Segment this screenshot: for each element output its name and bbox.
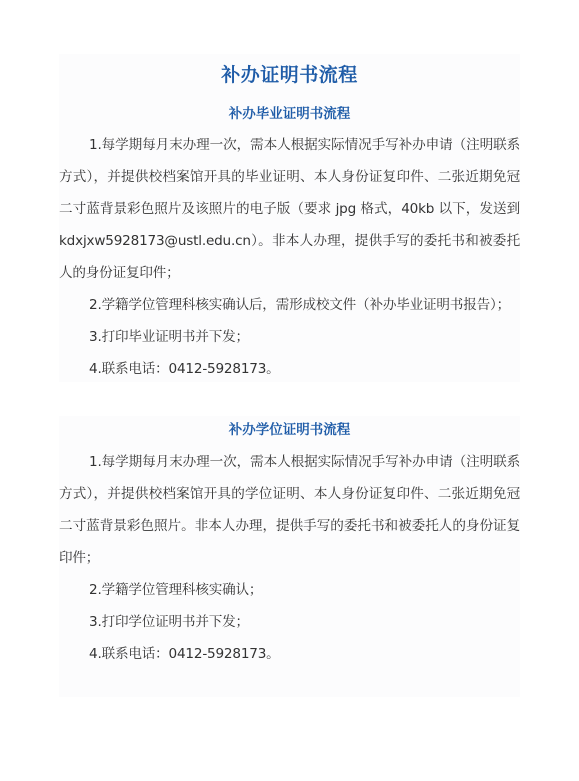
step-3: 3.打印学位证明书并下发； (59, 606, 520, 638)
step-1: 1.每学期每月末办理一次，需本人根据实际情况手写补办申请（注明联系方式），并提供… (59, 129, 520, 289)
step-3: 3.打印毕业证明书并下发； (59, 321, 520, 353)
section-title-degree-certificate: 补办学位证明书流程 (59, 420, 520, 440)
section-body-graduation-certificate: 1.每学期每月末办理一次，需本人根据实际情况手写补办申请（注明联系方式），并提供… (59, 129, 520, 385)
step-2: 2.学籍学位管理科核实确认后，需形成校文件（补办毕业证明书报告）； (59, 289, 520, 321)
step-4-contact-phone: 4.联系电话：0412-5928173。 (59, 353, 520, 385)
step-4-contact-phone: 4.联系电话：0412-5928173。 (59, 638, 520, 670)
section-body-degree-certificate: 1.每学期每月末办理一次，需本人根据实际情况手写补办申请（注明联系方式），并提供… (59, 446, 520, 670)
page-title: 补办证明书流程 (59, 62, 520, 88)
step-2: 2.学籍学位管理科核实确认； (59, 574, 520, 606)
section-title-graduation-certificate: 补办毕业证明书流程 (59, 104, 520, 124)
step-1: 1.每学期每月末办理一次，需本人根据实际情况手写补办申请（注明联系方式），并提供… (59, 446, 520, 574)
